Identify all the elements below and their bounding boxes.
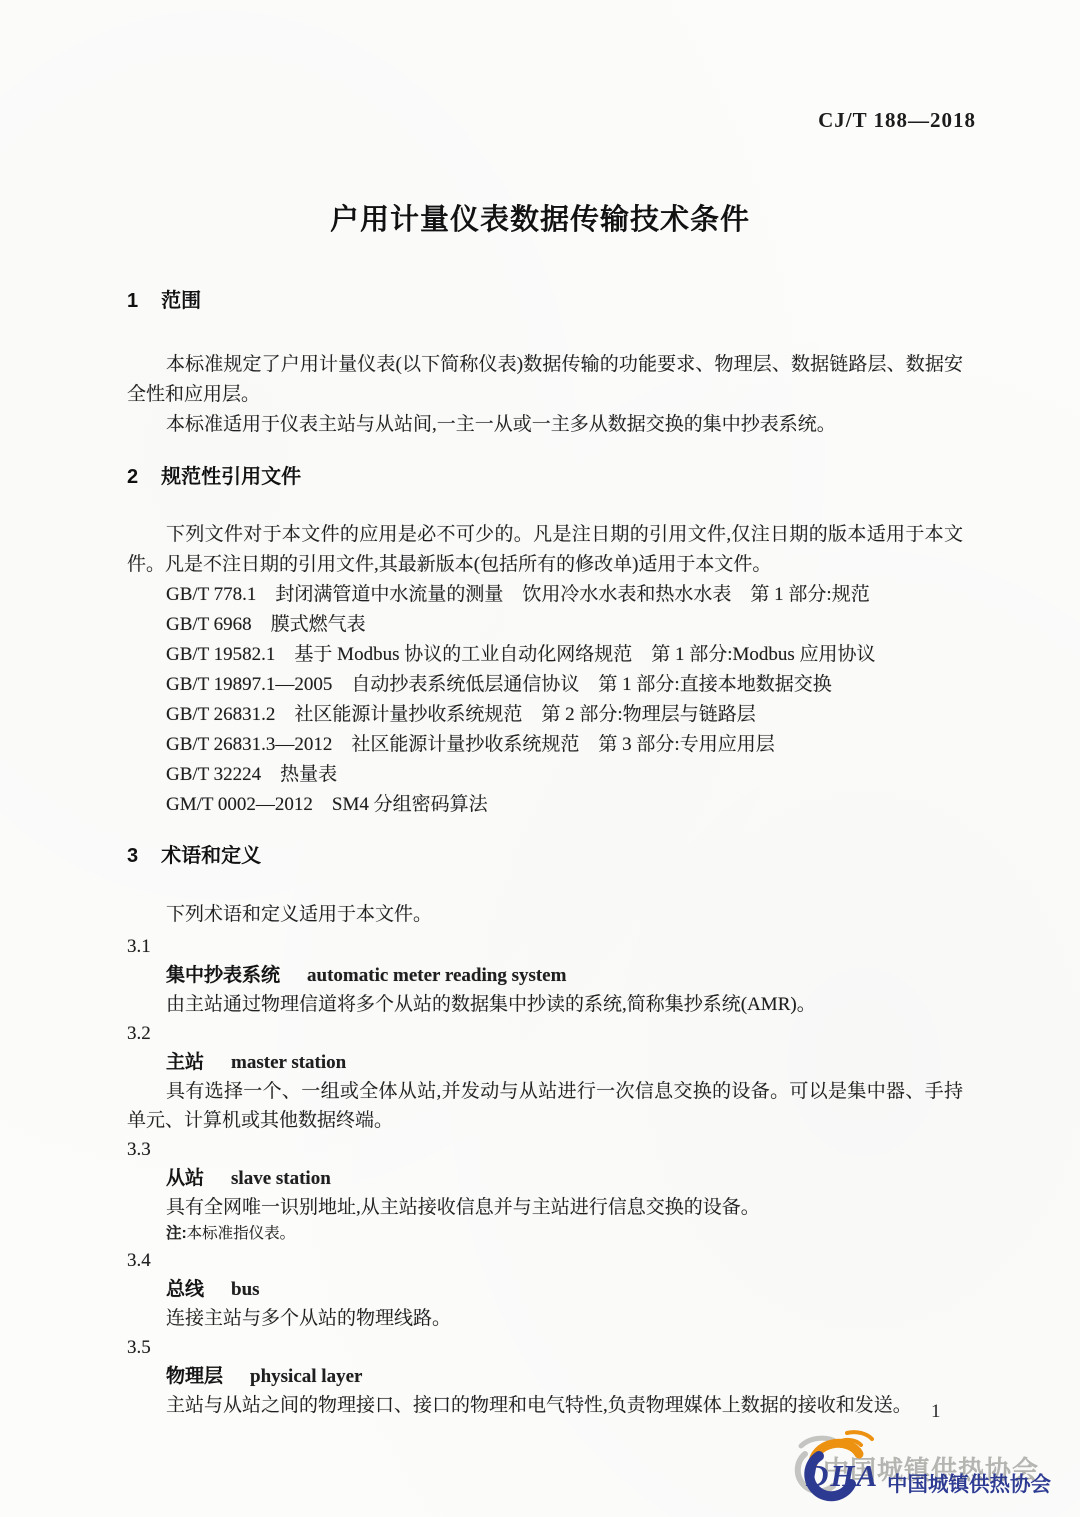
reference-item: GB/T 19582.1 基于 Modbus 协议的工业自动化网络规范 第 1 … [127,640,963,670]
term-number: 3.3 [127,1135,963,1164]
note-text: 本标准指仪表。 [187,1225,296,1242]
term-name: 集中抄表系统automatic meter reading system [127,961,963,990]
reference-item: GB/T 778.1 封闭满管道中水流量的测量 饮用冷水水表和热水水表 第 1 … [127,580,963,610]
term-number: 3.5 [127,1333,963,1362]
section-1-paragraph-2: 本标准适用于仪表主站与从站间,一主一从或一主多从数据交换的集中抄表系统。 [127,410,963,440]
document-body: 1范围 本标准规定了户用计量仪表(以下简称仪表)数据传输的功能要求、物理层、数据… [127,283,963,1420]
section-2-title: 规范性引用文件 [161,466,301,488]
section-1-number: 1 [127,290,138,312]
reference-item: GB/T 32224 热量表 [127,760,963,790]
reference-item: GB/T 19897.1—2005 自动抄表系统低层通信协议 第 1 部分:直接… [127,670,963,700]
term-definition: 主站与从站之间的物理接口、接口的物理和电气特性,负责物理媒体上数据的接收和发送。 [127,1391,963,1420]
term-name-en: master station [231,1052,346,1073]
section-3-intro: 下列术语和定义适用于本文件。 [127,900,963,930]
term-name: 从站slave station [127,1164,963,1193]
page-number: 1 [931,1401,941,1423]
reference-item: GB/T 26831.3—2012 社区能源计量抄收系统规范 第 3 部分:专用… [127,730,963,760]
term-name: 物理层physical layer [127,1362,963,1391]
section-2-intro: 下列文件对于本文件的应用是必不可少的。凡是注日期的引用文件,仅注日期的版本适用于… [127,520,963,580]
standard-code: CJ/T 188—2018 [818,108,976,133]
term-3-3: 3.3 从站slave station 具有全网唯一识别地址,从主站接收信息并与… [127,1135,963,1246]
term-number: 3.4 [127,1246,963,1275]
document-title: 户用计量仪表数据传输技术条件 [0,197,1080,238]
term-3-1: 3.1 集中抄表系统automatic meter reading system… [127,932,963,1019]
section-3-title: 术语和定义 [161,845,261,867]
term-name-zh: 物理层 [166,1366,223,1387]
section-3-number: 3 [127,845,138,867]
reference-item: GM/T 0002—2012 SM4 分组密码算法 [127,790,963,820]
normative-references-list: GB/T 778.1 封闭满管道中水流量的测量 饮用冷水水表和热水水表 第 1 … [127,580,963,820]
term-name-en: physical layer [250,1366,362,1387]
document-page: CJ/T 188—2018 户用计量仪表数据传输技术条件 1范围 本标准规定了户… [0,0,1080,1517]
section-1-title: 范围 [161,290,201,312]
section-1-paragraph-1: 本标准规定了户用计量仪表(以下简称仪表)数据传输的功能要求、物理层、数据链路层、… [127,350,963,410]
term-name-en: slave station [231,1168,331,1189]
term-3-4: 3.4 总线bus 连接主站与多个从站的物理线路。 [127,1246,963,1333]
term-definition: 由主站通过物理信道将多个从站的数据集中抄读的系统,简称集抄系统(AMR)。 [127,990,963,1019]
association-watermark-logo: 中国城镇供热协会 DHA 中国城镇供热协会 [775,1428,1070,1516]
term-name-zh: 总线 [166,1279,204,1300]
reference-item: GB/T 6968 膜式燃气表 [127,610,963,640]
term-3-2: 3.2 主站master station 具有选择一个、一组或全体从站,并发动与… [127,1019,963,1135]
term-number: 3.1 [127,932,963,961]
reference-item: GB/T 26831.2 社区能源计量抄收系统规范 第 2 部分:物理层与链路层 [127,700,963,730]
term-number: 3.2 [127,1019,963,1048]
logo-org-name: 中国城镇供热协会 [887,1467,1051,1497]
section-2-number: 2 [127,466,138,488]
term-note: 注:本标准指仪表。 [127,1222,963,1246]
term-definition: 连接主站与多个从站的物理线路。 [127,1304,963,1333]
section-3-heading: 3术语和定义 [127,845,963,867]
section-2-heading: 2规范性引用文件 [127,466,963,488]
term-name: 主站master station [127,1048,963,1077]
term-name-en: bus [231,1279,260,1300]
term-name-zh: 集中抄表系统 [166,965,280,986]
note-label: 注: [166,1225,187,1242]
term-name: 总线bus [127,1275,963,1304]
term-definition: 具有全网唯一识别地址,从主站接收信息并与主站进行信息交换的设备。 [127,1193,963,1222]
term-name-zh: 从站 [166,1168,204,1189]
term-definition: 具有选择一个、一组或全体从站,并发动与从站进行一次信息交换的设备。可以是集中器、… [127,1077,963,1135]
term-name-en: automatic meter reading system [307,965,566,986]
term-3-5: 3.5 物理层physical layer 主站与从站之间的物理接口、接口的物理… [127,1333,963,1420]
terms-list: 3.1 集中抄表系统automatic meter reading system… [127,932,963,1420]
section-1-heading: 1范围 [127,290,963,312]
logo-abbr-text: DHA [806,1458,879,1494]
term-name-zh: 主站 [166,1052,204,1073]
